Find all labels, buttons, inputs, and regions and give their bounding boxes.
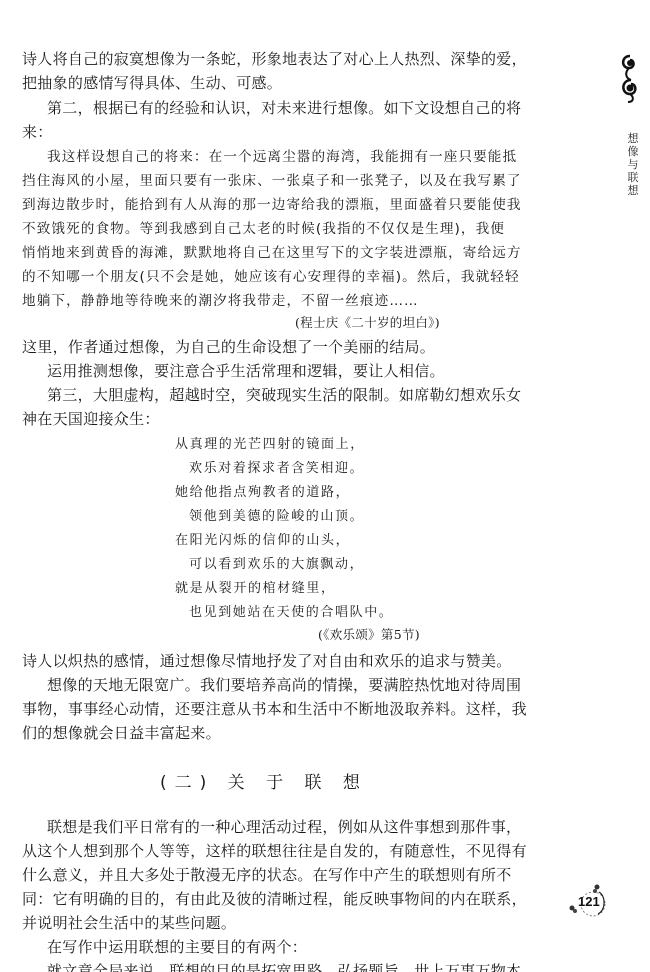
quote-line: 地躺下，静静地等待晚来的潮汐将我带走，不留一丝痕迹……	[22, 292, 419, 310]
text-line: 第三，大胆虚构，超越时空，突破现实生活的限制。如席勒幻想欢乐女	[47, 386, 521, 404]
book-page: 诗人将自己的寂寞想像为一条蛇，形象地表达了对心上人热烈、深挚的爱， 把抽象的感情…	[0, 0, 650, 972]
poem-line: 在阳光闪烁的信仰的山头，	[175, 532, 350, 550]
speck	[253, 944, 255, 946]
quote-line: 我这样设想自己的将来：在一个远离尘嚣的海湾，我能拥有一座只要能抵	[47, 148, 517, 166]
text-line: 运用推测想像，要注意合乎生活常理和逻辑，要让人相信。	[47, 362, 445, 380]
poem-line: 就是从裂开的棺材缝里，	[175, 580, 336, 598]
text-line: 什么意义，并且大多处于散漫无序的状态。在写作中产生的联想则有所不	[22, 866, 512, 884]
text-line: 想像的天地无限宽广。我们要培养高尚的情操，要满腔热忱地对待周围	[47, 676, 521, 694]
text-line: 来：	[22, 123, 53, 141]
text-line: 这里，作者通过想像，为自己的生命设想了一个美丽的结局。	[22, 338, 435, 356]
poem-line: 可以看到欢乐的大旗飘动，	[189, 556, 364, 574]
poem-line: 领他到美德的险峻的山顶。	[189, 508, 364, 526]
chapter-side-title: 想像与联想	[626, 132, 640, 197]
quote-line: 悄悄地来到黄昏的海滩，默默地将自己在这里写下的文字装进漂瓶，寄给远方	[22, 244, 522, 262]
text-line: 在写作中运用联想的主要目的有两个：	[47, 938, 307, 956]
text-line: 并说明社会生活中的某些问题。	[22, 914, 236, 932]
text-line: 联想是我们平日常有的一种心理活动过程，例如从这件事想到那件事，	[47, 818, 521, 836]
poem-line: 从真理的光芒四射的镜面上，	[175, 436, 365, 454]
poem-line: 也见到她站在天使的合唱队中。	[189, 604, 393, 622]
text-line: 从这个人想到那个人等等，这样的联想往往是自发的，有随意性，不见得有	[22, 842, 527, 860]
text-line: 同：它有明确的目的，有由此及彼的清晰过程，能反映事物间的内在联系，	[22, 890, 527, 908]
text-line: 诗人以炽热的感情，通过想像尽情地抒发了对自由和欢乐的追求与赞美。	[22, 652, 512, 670]
text-line: 就文章全局来说，联想的目的是拓宽思路，弘扬题旨。世上万事万物本	[47, 962, 521, 972]
quote-line: 挡住海风的小屋，里面只要有一张床、一张桌子和一张凳子，以及在我写累了	[22, 172, 522, 190]
text-line: 第二，根据已有的经验和认识，对未来进行想像。如下文设想自己的将	[47, 99, 521, 117]
quote-line: 不致饿死的食物。等到我感到自己太老的时候(我指的不仅仅是生理)，我便	[22, 220, 505, 238]
text-line: 事物，事事经心动情，还要注意从书本和生活中不断地汲取养料。这样，我	[22, 700, 527, 718]
page-number-ornament: 121	[566, 882, 626, 922]
quote-source: (程士庆《二十岁的坦白》)	[295, 314, 440, 332]
text-line: 诗人将自己的寂寞想像为一条蛇，形象地表达了对心上人热烈、深挚的爱，	[22, 50, 527, 68]
quote-line: 到海边散步时，能拾到有人从海的那一边寄给我的漂瓶，里面盛着只要能使我	[22, 196, 522, 214]
text-line: 们的想像就会日益丰富起来。	[22, 724, 221, 742]
scroll-flourish-icon	[617, 52, 643, 104]
text-line: 把抽象的感情写得具体、生动、可感。	[22, 74, 282, 92]
poem-line: 欢乐对着探求者含笑相迎。	[189, 460, 364, 478]
poem-line: 她给他指点殉教者的道路，	[175, 484, 350, 502]
section-heading: (二) 关 于 联 想	[160, 768, 368, 793]
page-number: 121	[578, 894, 600, 909]
text-line: 神在天国迎接众生：	[22, 410, 160, 428]
poem-source: (《欢乐颂》第5节)	[318, 626, 420, 644]
quote-line: 的不知哪一个朋友(只不会是她，她应该有心安理得的幸福)。然后，我就轻轻	[22, 268, 520, 286]
